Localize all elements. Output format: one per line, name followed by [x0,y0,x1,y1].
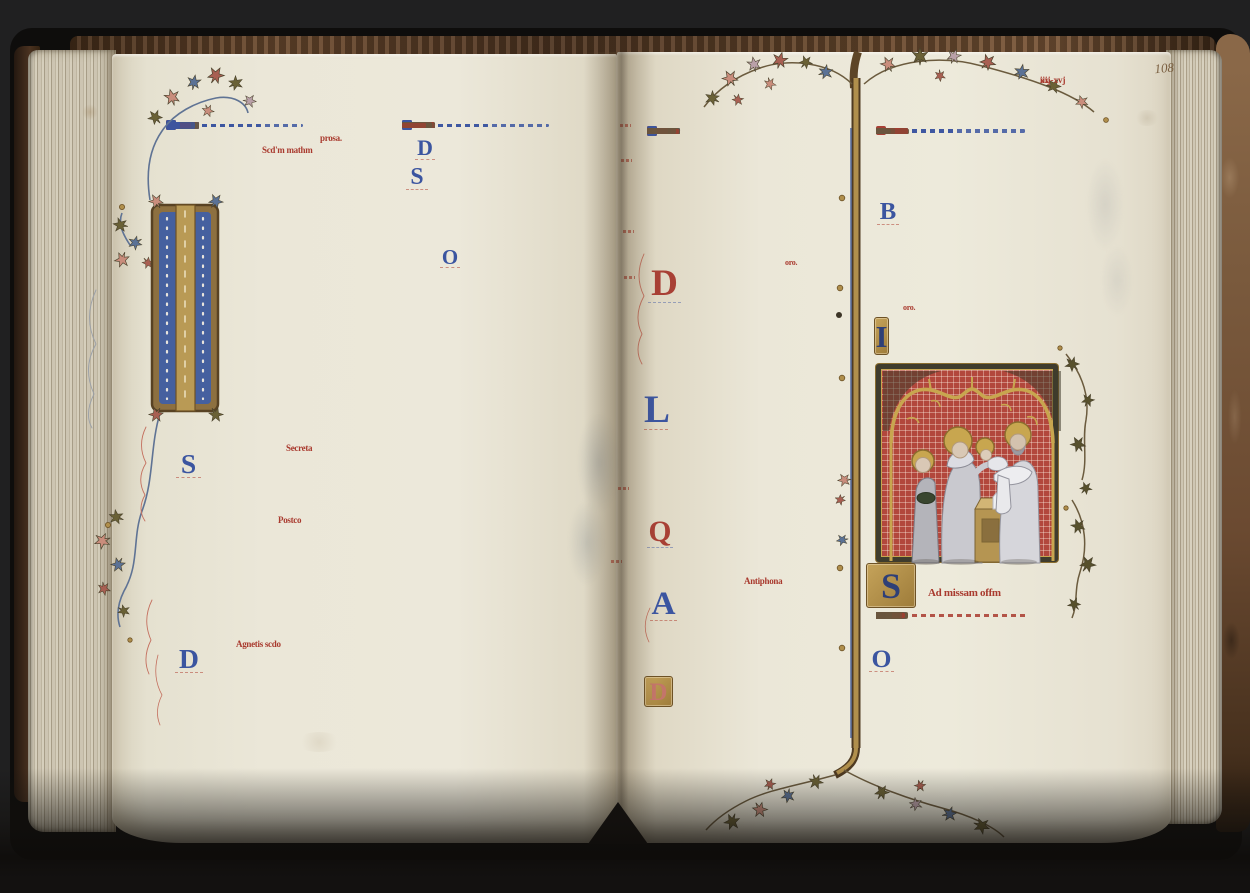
illuminated-initial-I [147,192,225,425]
marginal-note-mark [621,159,632,162]
illuminated-initial-I: I [874,317,889,355]
rubric-text: Postco [278,516,301,525]
illuminated-initial-S: S [176,449,201,478]
illuminated-initial-O: O [869,645,894,672]
bar-trunk [835,52,858,775]
folio-number: 108 [1139,60,1174,79]
page-stack-fore-edge [1166,50,1222,824]
marginal-note-mark [611,560,622,563]
rubric-text: Ad missam offm [928,588,1001,599]
illuminated-initial-L: L [644,389,668,430]
rubric-text: Agnetis scdo [236,640,281,649]
illuminated-initial-D: D [648,264,681,303]
illuminated-initial-Q: Q [647,517,673,548]
illuminated-initial-D: D [415,137,435,160]
rubric-text: prosa. [320,134,342,143]
illuminated-initial-S: S [406,165,428,190]
word-stroke [402,123,426,128]
illuminated-initial-D: D [175,644,203,673]
illuminated-initial-D: D [644,676,673,707]
illuminated-initial-B: B [877,199,899,225]
rubric-text: Scd'm mathm [262,146,312,155]
illuminated-initial-S: S [866,563,916,608]
quire-line-2: iiij-xvj [1040,76,1066,85]
left-page-ivy-border [60,55,400,755]
illuminated-initial-O: O [440,246,460,268]
miniature-presentation-in-the-temple [876,364,1058,562]
figure-maid [912,458,939,564]
illuminated-initial-A: A [650,586,677,621]
gold-bezants [105,204,158,642]
marginal-note-mark [624,276,635,279]
marginal-note-mark [620,124,631,127]
figure-simeon [994,434,1040,563]
rubric-text: Secreta [286,444,312,453]
manuscript-photo: prosa.Scd'm mathmSecretaPostcoAgnetis sc… [0,0,1250,893]
marginal-note-mark [618,487,629,490]
marginal-note-mark [623,230,634,233]
text-column-L2 [402,120,628,720]
rubric-text: Antiphona [744,577,782,586]
rubric-text: oro. [903,304,915,312]
rubric-text: oro. [785,259,797,267]
